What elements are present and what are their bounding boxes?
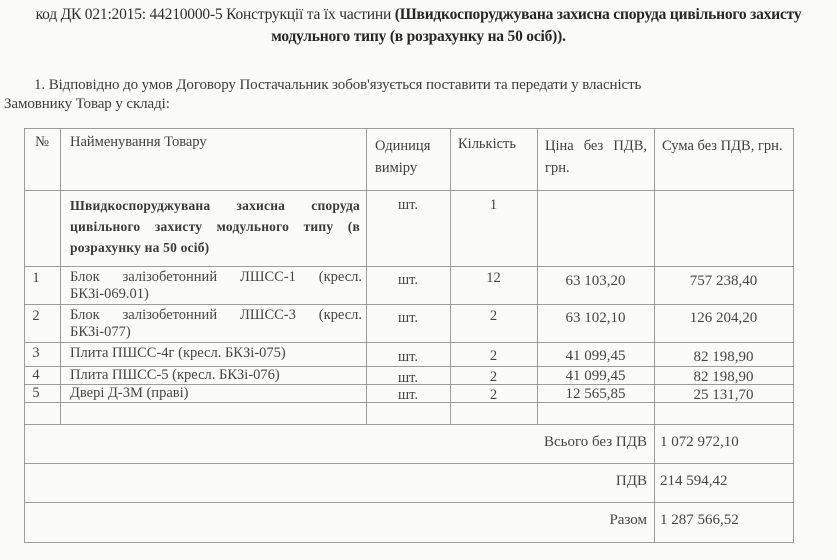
row-unit: шт. bbox=[366, 386, 450, 405]
table-line bbox=[24, 190, 794, 191]
grand-total-label: Разом bbox=[360, 511, 647, 530]
table-border-right bbox=[793, 128, 794, 542]
row-num: 1 bbox=[24, 269, 48, 288]
row-qty: 2 bbox=[450, 307, 537, 326]
row-unit: шт. bbox=[366, 309, 450, 328]
row-qty: 2 bbox=[450, 347, 537, 366]
row-qty: 2 bbox=[450, 386, 537, 405]
row-name: Блок залізобетонний ЛШСС-3 (кресл. БКЗі-… bbox=[70, 307, 362, 341]
row-qty: 2 bbox=[450, 368, 537, 387]
vat-value: 214 594,42 bbox=[660, 472, 790, 491]
row-unit: шт. bbox=[366, 348, 450, 367]
row-name: Плита ПШСС-5 (кресл. БКЗі-076) bbox=[70, 366, 362, 385]
table-line bbox=[24, 502, 794, 503]
goods-table: № Найменування Товару Одиниця виміру Кіл… bbox=[0, 0, 837, 560]
row-name: Блок залізобетонний ЛШСС-1 (кресл. БКЗі-… bbox=[70, 269, 362, 303]
row-num: 2 bbox=[24, 307, 48, 326]
row-sum: 126 204,20 bbox=[654, 309, 793, 328]
group-row-name: Швидкоспоруджувана захисна споруда цивіл… bbox=[70, 195, 360, 258]
row-sum: 82 198,90 bbox=[654, 348, 793, 367]
table-col-line bbox=[654, 128, 655, 542]
row-unit: шт. bbox=[366, 271, 450, 290]
table-line bbox=[24, 424, 794, 425]
table-col-line bbox=[60, 128, 61, 424]
row-sum: 82 198,90 bbox=[654, 368, 793, 387]
vat-label: ПДВ bbox=[360, 472, 647, 491]
table-line bbox=[24, 342, 794, 343]
row-num: 5 bbox=[24, 384, 48, 403]
header-qty: Кількість bbox=[458, 135, 538, 154]
row-price: 63 102,10 bbox=[537, 309, 654, 328]
row-num: 4 bbox=[24, 366, 48, 385]
row-price: 41 099,45 bbox=[537, 367, 654, 386]
header-num: № bbox=[24, 133, 60, 152]
header-name: Найменування Товару bbox=[70, 133, 360, 152]
table-border-top bbox=[24, 128, 794, 129]
row-price: 41 099,45 bbox=[537, 347, 654, 366]
row-sum: 25 131,70 bbox=[654, 386, 793, 405]
table-line bbox=[24, 463, 794, 464]
total-without-vat-value: 1 072 972,10 bbox=[660, 433, 790, 452]
row-price: 12 565,85 bbox=[537, 385, 654, 404]
header-sum: Сума без ПДВ, грн. bbox=[662, 135, 786, 157]
table-line bbox=[24, 304, 794, 305]
row-name: Двері Д-3М (праві) bbox=[70, 384, 362, 403]
table-border-bottom bbox=[24, 542, 794, 543]
row-price: 63 103,20 bbox=[537, 272, 654, 291]
grand-total-value: 1 287 566,52 bbox=[660, 511, 790, 530]
header-price: Ціна без ПДВ, грн. bbox=[545, 135, 647, 179]
row-sum: 757 238,40 bbox=[654, 272, 793, 291]
row-qty: 12 bbox=[450, 269, 537, 288]
row-num: 3 bbox=[24, 344, 48, 363]
table-line bbox=[24, 266, 794, 267]
group-row-unit: шт. bbox=[366, 196, 450, 215]
header-unit: Одиниця виміру bbox=[375, 135, 447, 179]
row-name: Плита ПШСС-4г (кресл. БКЗі-075) bbox=[70, 344, 362, 363]
group-row-qty: 1 bbox=[450, 196, 537, 215]
table-border-left bbox=[24, 128, 25, 542]
total-without-vat-label: Всього без ПДВ bbox=[360, 433, 647, 452]
